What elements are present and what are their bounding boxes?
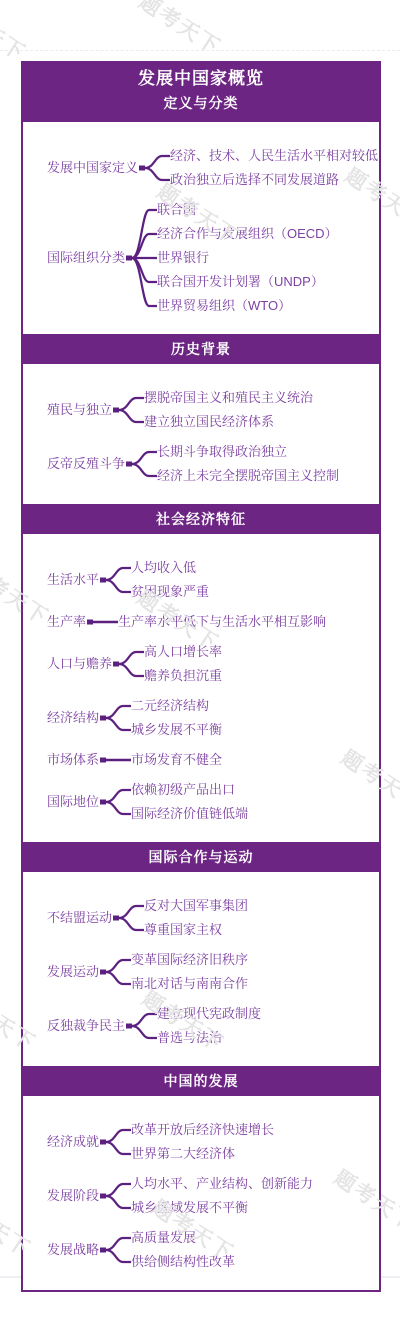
branch-child-label: 城乡发展不平衡 [131, 718, 222, 742]
map-header: 发展中国家概览 定义与分类 [21, 61, 381, 120]
watermark-text: 题考天下 [134, 0, 227, 61]
branch-parent-label: 经济成就 [47, 1134, 99, 1150]
branch-parent-label: 反帝反殖斗争 [47, 456, 125, 472]
branch-child-label: 联合国开发计划署（UNDP） [157, 270, 338, 294]
branch-connector-icon [99, 1172, 131, 1220]
branch-parent-label: 反独裁争民主 [47, 1018, 125, 1034]
branch-connector-icon [99, 748, 131, 772]
branch-child-label: 人均收入低 [131, 556, 209, 580]
branch-child-label: 摆脱帝国主义和殖民主义统治 [144, 386, 313, 410]
branch-parent-label: 国际组织分类 [47, 250, 125, 266]
branch-node: 不结盟运动反对大国军事集团尊重国家主权 [47, 894, 379, 942]
branch-connector-icon [138, 144, 170, 192]
branch-child-label: 联合国 [157, 198, 338, 222]
branch-parent-label: 发展中国家定义 [47, 160, 138, 176]
branch-children: 人均水平、产业结构、创新能力城乡区域发展不平衡 [131, 1172, 313, 1220]
section-body: 不结盟运动反对大国军事集团尊重国家主权发展运动变革国际经济旧秩序南北对话与南南合… [21, 870, 381, 1068]
branch-child-label: 赡养负担沉重 [144, 664, 222, 688]
branch-children: 建立现代宪政制度普选与法治 [157, 1002, 261, 1050]
branch-parent-label: 殖民与独立 [47, 402, 112, 418]
branch-node: 市场体系市场发育不健全 [47, 748, 379, 772]
branch-child-label: 长期斗争取得政治独立 [157, 440, 339, 464]
section-body: 发展中国家定义经济、技术、人民生活水平相对较低政治独立后选择不同发展道路国际组织… [21, 120, 381, 336]
branch-node: 经济结构二元经济结构城乡发展不平衡 [47, 694, 379, 742]
branch-connector-icon [99, 1118, 131, 1166]
branch-children: 反对大国军事集团尊重国家主权 [144, 894, 248, 942]
branch-parent-label: 发展运动 [47, 964, 99, 980]
section-header: 历史背景 [21, 336, 381, 362]
branch-connector-icon [99, 1226, 131, 1274]
section-header: 国际合作与运动 [21, 844, 381, 870]
branch-parent-label: 生产率 [47, 614, 86, 630]
branch-child-label: 世界第二大经济体 [131, 1142, 274, 1166]
branch-connector-icon [99, 694, 131, 742]
page-divider-top [0, 50, 400, 51]
branch-child-label: 高人口增长率 [144, 640, 222, 664]
branch-child-label: 供给侧结构性改革 [131, 1250, 235, 1274]
branch-parent-label: 市场体系 [47, 752, 99, 768]
branch-children: 摆脱帝国主义和殖民主义统治建立独立国民经济体系 [144, 386, 313, 434]
branch-children: 经济、技术、人民生活水平相对较低政治独立后选择不同发展道路 [170, 144, 378, 192]
branch-children: 变革国际经济旧秩序南北对话与南南合作 [131, 948, 248, 996]
branch-child-label: 尊重国家主权 [144, 918, 248, 942]
branch-node: 生产率生产率水平低下与生活水平相互影响 [47, 610, 379, 634]
section-header: 社会经济特征 [21, 506, 381, 532]
section: 发展中国家定义经济、技术、人民生活水平相对较低政治独立后选择不同发展道路国际组织… [21, 120, 381, 336]
branch-children: 长期斗争取得政治独立经济上未完全摆脱帝国主义控制 [157, 440, 339, 488]
section: 国际合作与运动不结盟运动反对大国军事集团尊重国家主权发展运动变革国际经济旧秩序南… [21, 844, 381, 1068]
branch-child-label: 依赖初级产品出口 [131, 778, 248, 802]
branch-connector-icon [125, 1002, 157, 1050]
branch-connector-icon [99, 948, 131, 996]
branch-node: 发展阶段人均水平、产业结构、创新能力城乡区域发展不平衡 [47, 1172, 379, 1220]
watermark-text: 题考天下 [0, 0, 32, 67]
branch-child-label: 国际经济价值链低端 [131, 802, 248, 826]
branch-children: 高人口增长率赡养负担沉重 [144, 640, 222, 688]
branch-children: 人均收入低贫困现象严重 [131, 556, 209, 604]
branch-node: 反帝反殖斗争长期斗争取得政治独立经济上未完全摆脱帝国主义控制 [47, 440, 379, 488]
section-body: 生活水平人均收入低贫困现象严重生产率生产率水平低下与生活水平相互影响人口与赡养高… [21, 532, 381, 844]
branch-node: 发展运动变革国际经济旧秩序南北对话与南南合作 [47, 948, 379, 996]
branch-child-label: 普选与法治 [157, 1026, 261, 1050]
branch-node: 人口与赡养高人口增长率赡养负担沉重 [47, 640, 379, 688]
branch-children: 生产率水平低下与生活水平相互影响 [118, 610, 326, 634]
branch-node: 殖民与独立摆脱帝国主义和殖民主义统治建立独立国民经济体系 [47, 386, 379, 434]
branch-parent-label: 人口与赡养 [47, 656, 112, 672]
branch-child-label: 生产率水平低下与生活水平相互影响 [118, 610, 326, 634]
branch-child-label: 高质量发展 [131, 1226, 235, 1250]
branch-parent-label: 发展战略 [47, 1242, 99, 1258]
branch-children: 改革开放后经济快速增长世界第二大经济体 [131, 1118, 274, 1166]
branch-child-label: 南北对话与南南合作 [131, 972, 248, 996]
branch-children: 市场发育不健全 [131, 748, 222, 772]
branch-child-label: 城乡区域发展不平衡 [131, 1196, 313, 1220]
branch-node: 经济成就改革开放后经济快速增长世界第二大经济体 [47, 1118, 379, 1166]
mindmap: 发展中国家概览 定义与分类 发展中国家定义经济、技术、人民生活水平相对较低政治独… [21, 61, 381, 1292]
branch-child-label: 政治独立后选择不同发展道路 [170, 168, 378, 192]
branch-node: 发展战略高质量发展供给侧结构性改革 [47, 1226, 379, 1274]
branch-connector-icon [99, 556, 131, 604]
branch-connector-icon [99, 778, 131, 826]
branch-node: 国际地位依赖初级产品出口国际经济价值链低端 [47, 778, 379, 826]
branch-child-label: 世界银行 [157, 246, 338, 270]
branch-children: 二元经济结构城乡发展不平衡 [131, 694, 222, 742]
branch-child-label: 经济上未完全摆脱帝国主义控制 [157, 464, 339, 488]
branch-parent-label: 不结盟运动 [47, 910, 112, 926]
branch-child-label: 建立现代宪政制度 [157, 1002, 261, 1026]
branch-connector-icon [125, 198, 157, 318]
section: 社会经济特征生活水平人均收入低贫困现象严重生产率生产率水平低下与生活水平相互影响… [21, 506, 381, 844]
branch-child-label: 人均水平、产业结构、创新能力 [131, 1172, 313, 1196]
branch-child-label: 反对大国军事集团 [144, 894, 248, 918]
branch-parent-label: 国际地位 [47, 794, 99, 810]
branch-parent-label: 发展阶段 [47, 1188, 99, 1204]
branch-connector-icon [112, 640, 144, 688]
branch-connector-icon [112, 894, 144, 942]
branch-child-label: 二元经济结构 [131, 694, 222, 718]
branch-node: 生活水平人均收入低贫困现象严重 [47, 556, 379, 604]
branch-child-label: 市场发育不健全 [131, 748, 222, 772]
branch-connector-icon [86, 610, 118, 634]
section: 历史背景殖民与独立摆脱帝国主义和殖民主义统治建立独立国民经济体系反帝反殖斗争长期… [21, 336, 381, 506]
section-header: 定义与分类 [21, 95, 381, 111]
section: 中国的发展经济成就改革开放后经济快速增长世界第二大经济体发展阶段人均水平、产业结… [21, 1068, 381, 1292]
section-body: 经济成就改革开放后经济快速增长世界第二大经济体发展阶段人均水平、产业结构、创新能… [21, 1094, 381, 1292]
branch-parent-label: 生活水平 [47, 572, 99, 588]
branch-children: 高质量发展供给侧结构性改革 [131, 1226, 235, 1274]
branch-child-label: 经济、技术、人民生活水平相对较低 [170, 144, 378, 168]
sections-container: 发展中国家定义经济、技术、人民生活水平相对较低政治独立后选择不同发展道路国际组织… [21, 120, 381, 1292]
page-title: 发展中国家概览 [21, 69, 381, 89]
branch-node: 反独裁争民主建立现代宪政制度普选与法治 [47, 1002, 379, 1050]
section-header: 中国的发展 [21, 1068, 381, 1094]
branch-child-label: 贫困现象严重 [131, 580, 209, 604]
branch-connector-icon [125, 440, 157, 488]
branch-connector-icon [112, 386, 144, 434]
section-body: 殖民与独立摆脱帝国主义和殖民主义统治建立独立国民经济体系反帝反殖斗争长期斗争取得… [21, 362, 381, 506]
branch-child-label: 改革开放后经济快速增长 [131, 1118, 274, 1142]
branch-children: 联合国经济合作与发展组织（OECD）世界银行联合国开发计划署（UNDP）世界贸易… [157, 198, 338, 318]
branch-child-label: 建立独立国民经济体系 [144, 410, 313, 434]
branch-child-label: 变革国际经济旧秩序 [131, 948, 248, 972]
branch-node: 发展中国家定义经济、技术、人民生活水平相对较低政治独立后选择不同发展道路 [47, 144, 379, 192]
branch-parent-label: 经济结构 [47, 710, 99, 726]
branch-children: 依赖初级产品出口国际经济价值链低端 [131, 778, 248, 826]
branch-child-label: 世界贸易组织（WTO） [157, 294, 338, 318]
branch-child-label: 经济合作与发展组织（OECD） [157, 222, 338, 246]
branch-node: 国际组织分类联合国经济合作与发展组织（OECD）世界银行联合国开发计划署（UND… [47, 198, 379, 318]
